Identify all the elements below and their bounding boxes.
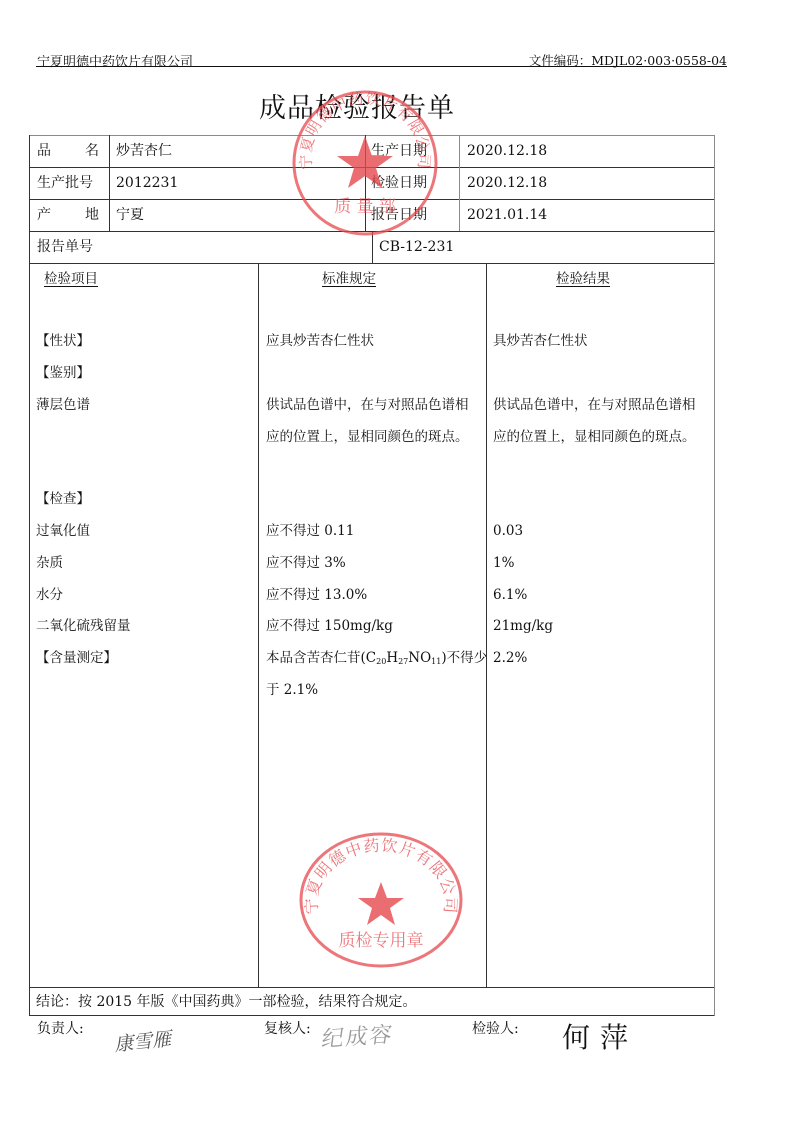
result-cell: 具炒苦杏仁性状	[493, 331, 588, 351]
standard-cell: 本品含苦杏仁苷(C20H27NO11)不得少	[266, 648, 487, 672]
result-cell: 6.1%	[493, 585, 527, 605]
report-number: CB-12-231	[379, 237, 454, 257]
production-date: 2020.12.18	[467, 141, 547, 161]
standard-cell: 应不得过 0.11	[266, 521, 354, 541]
item-cell: 杂质	[36, 553, 63, 573]
conclusion: 结论：按 2015 年版《中国药典》一部检验，结果符合规定。	[36, 992, 417, 1012]
standard-cell: 应不得过 150mg/kg	[266, 616, 393, 636]
table-border-right	[714, 135, 715, 1016]
row-divider	[29, 167, 715, 168]
inspector-signature: 何萍	[562, 1016, 638, 1056]
result-cell: 21mg/kg	[493, 616, 553, 636]
column-header-item: 检验项目	[44, 269, 98, 289]
stamp-ring-text: 宁夏明德中药饮片有限公司	[302, 835, 461, 914]
col-divider	[109, 135, 110, 231]
standard-cell: 应不得过 3%	[266, 553, 346, 573]
item-cell: 薄层色谱	[36, 395, 90, 415]
result-cell: 1%	[493, 553, 514, 573]
origin-label: 产地	[37, 205, 99, 225]
standard-cell: 供试品色谱中，在与对照品色谱相	[266, 395, 469, 415]
item-cell: 水分	[36, 585, 63, 605]
label-char: 产	[37, 205, 51, 225]
standard-cell: 于 2.1%	[266, 680, 318, 700]
result-cell: 供试品色谱中，在与对照品色谱相	[493, 395, 696, 415]
stamp-center-text: 质检专用章	[339, 930, 424, 951]
standard-cell: 应不得过 13.0%	[266, 585, 367, 605]
col-divider	[365, 135, 366, 231]
item-cell: 【含量测定】	[36, 648, 117, 668]
page-title: 成品检验报告单	[0, 86, 714, 125]
result-cell: 应的位置上，显相同颜色的斑点。	[493, 427, 696, 447]
origin: 宁夏	[116, 205, 144, 225]
stamp-ring	[301, 834, 461, 966]
result-cell: 0.03	[493, 521, 523, 541]
table-border-left	[29, 135, 30, 1016]
standard-cell: 应的位置上，显相同颜色的斑点。	[266, 427, 469, 447]
responsible-signature: 康雪雁	[113, 1024, 173, 1057]
reviewer-label: 复核人:	[264, 1018, 311, 1038]
label-char: 地	[85, 205, 99, 225]
column-header-result: 检验结果	[556, 269, 610, 289]
header-divider	[36, 66, 727, 67]
col-divider	[258, 263, 259, 987]
label-char: 品	[37, 141, 51, 161]
production-date-label: 生产日期	[371, 141, 427, 161]
formula-h: H	[386, 650, 398, 666]
formula-subscript: 20	[376, 657, 386, 666]
reviewer-signature: 纪成容	[320, 1017, 396, 1053]
standard-cell: 应具炒苦杏仁性状	[266, 331, 374, 351]
item-cell: 二氧化硫残留量	[36, 616, 131, 636]
formula-subscript: 11	[431, 657, 441, 666]
batch-label: 生产批号	[37, 173, 93, 193]
product-name: 炒苦杏仁	[116, 141, 172, 161]
qc-seal-stamp: 宁夏明德中药饮片有限公司 质检专用章	[296, 830, 466, 970]
company-name: 宁夏明德中药饮片有限公司	[37, 51, 193, 70]
formula-no: NO	[408, 650, 431, 666]
product-name-label: 品名	[37, 141, 99, 161]
report-date-label: 报告日期	[371, 205, 427, 225]
item-cell: 过氧化值	[36, 521, 90, 541]
item-cell: 【检查】	[36, 489, 90, 509]
column-header-standard: 标准规定	[322, 269, 376, 289]
test-date-label: 检验日期	[371, 173, 427, 193]
batch-number: 2012231	[116, 173, 178, 193]
report-date: 2021.01.14	[467, 205, 547, 225]
item-cell: 【鉴别】	[36, 363, 90, 383]
col-divider	[486, 263, 487, 987]
responsible-label: 负责人:	[37, 1018, 84, 1038]
formula-c: C	[366, 650, 376, 666]
row-divider	[29, 199, 715, 200]
label-char: 名	[85, 141, 99, 161]
star-icon	[358, 882, 404, 925]
row-divider	[29, 987, 715, 988]
result-cell: 2.2%	[493, 648, 527, 668]
standard-text: 本品含苦杏仁苷(	[266, 650, 366, 666]
inspector-label: 检验人:	[472, 1018, 519, 1038]
test-date: 2020.12.18	[467, 173, 547, 193]
table-border-top	[29, 135, 715, 136]
col-divider	[372, 231, 373, 263]
report-number-label: 报告单号	[37, 237, 93, 257]
standard-text: )不得少	[441, 650, 487, 666]
item-cell: 【性状】	[36, 331, 90, 351]
formula-subscript: 27	[398, 657, 408, 666]
col-divider	[459, 135, 460, 231]
row-divider	[29, 263, 715, 264]
